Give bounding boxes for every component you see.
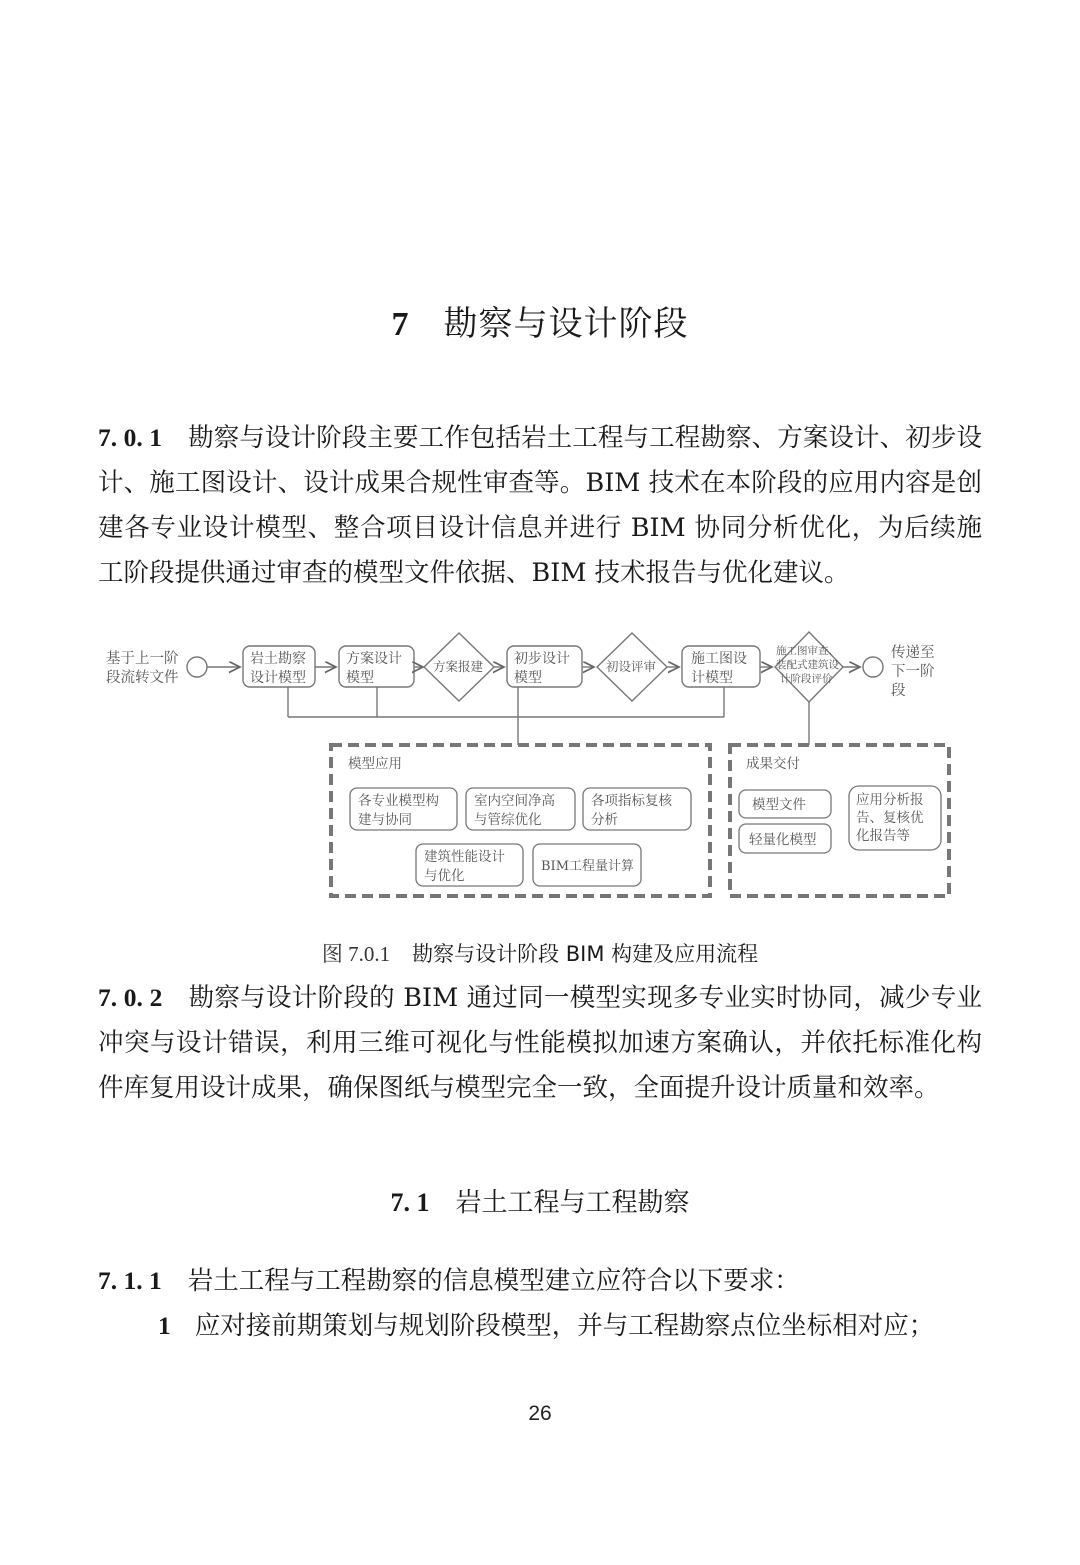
start-label-2: 段流转文件 <box>106 669 179 686</box>
process-1-line-2: 设计模型 <box>250 669 306 686</box>
clause-7-1-1-item-1: 1应对接前期策划与规划阶段模型，并与工程勘察点位坐标相对应； <box>98 1303 982 1349</box>
bim-flowchart: 基于上一阶 段流转文件 岩土勘察 设计模型 方案设计 模型 方案报建 初步设计 … <box>0 0 1080 930</box>
deliverable-2-label: 轻量化模型 <box>749 831 817 848</box>
decision-3-line-1: 施工图审查、 <box>776 644 839 657</box>
section-name: 岩土工程与工程勘察 <box>455 1188 689 1218</box>
app-item-3-line-1: 各项指标复核 <box>591 792 672 809</box>
app-item-5-label: BIM工程量计算 <box>541 858 634 874</box>
page-number: 26 <box>0 1402 1080 1426</box>
item-number: 1 <box>158 1311 171 1340</box>
start-label-1: 基于上一阶 <box>106 649 179 667</box>
section-number: 7. 1 <box>390 1188 429 1217</box>
item-text: 应对接前期策划与规划阶段模型，并与工程勘察点位坐标相对应； <box>195 1311 935 1341</box>
clause-number: 7. 1. 1 <box>98 1266 162 1295</box>
end-label-3: 段 <box>891 682 906 699</box>
end-label-2: 下一阶 <box>891 663 935 680</box>
clause-text: 勘察与设计阶段的 BIM 通过同一模型实现多专业实时协同，减少专业冲突与设计错误… <box>98 983 982 1103</box>
deliverables-title: 成果交付 <box>746 755 800 772</box>
end-label-1: 传递至 <box>891 644 935 661</box>
process-2-line-1: 方案设计 <box>346 650 402 667</box>
decision-1-label: 方案报建 <box>433 659 484 674</box>
app-item-3-line-2: 分析 <box>591 811 618 828</box>
section-title-7-1: 7. 1岩土工程与工程勘察 <box>0 1182 1080 1219</box>
process-3-line-2: 模型 <box>514 669 542 686</box>
end-node <box>863 657 883 677</box>
deliverable-3-line-2: 告、复核优 <box>856 809 924 826</box>
figure-number: 图 7.0.1 <box>322 942 390 966</box>
decision-2-label: 初设评审 <box>606 659 657 674</box>
decision-3-line-2: 装配式建筑设 <box>776 658 839 671</box>
app-item-1-line-1: 各专业模型构 <box>358 792 439 809</box>
figure-caption: 图 7.0.1勘察与设计阶段 BIM 构建及应用流程 <box>0 938 1080 968</box>
app-item-1-line-2: 建与协同 <box>358 811 412 828</box>
decision-3-line-3: 计阶段评价 <box>780 672 833 685</box>
clause-number: 7. 0. 2 <box>98 983 162 1012</box>
start-node <box>187 657 207 677</box>
process-4-line-1: 施工图设 <box>691 651 747 667</box>
deliverable-3-line-1: 应用分析报 <box>856 791 924 808</box>
app-item-2-line-2: 与管综优化 <box>474 811 542 828</box>
app-item-4-line-2: 与优化 <box>424 867 465 884</box>
clause-7-0-2: 7. 0. 2勘察与设计阶段的 BIM 通过同一模型实现多专业实时协同，减少专业… <box>98 975 982 1111</box>
process-3-line-1: 初步设计 <box>514 650 570 667</box>
model-application-title: 模型应用 <box>348 755 402 772</box>
deliverable-1-label: 模型文件 <box>752 796 806 813</box>
app-item-4-line-1: 建筑性能设计 <box>424 848 505 865</box>
process-2-line-2: 模型 <box>346 669 374 686</box>
process-1-line-1: 岩土勘察 <box>250 650 306 667</box>
process-4-line-2: 计模型 <box>691 669 733 686</box>
deliverable-3-line-3: 化报告等 <box>856 827 910 844</box>
clause-7-1-1: 7. 1. 1岩土工程与工程勘察的信息模型建立应符合以下要求： <box>98 1258 982 1304</box>
clause-text: 岩土工程与工程勘察的信息模型建立应符合以下要求： <box>188 1266 800 1296</box>
app-item-2-line-1: 室内空间净高 <box>474 792 555 809</box>
figure-title: 勘察与设计阶段 BIM 构建及应用流程 <box>412 942 758 966</box>
